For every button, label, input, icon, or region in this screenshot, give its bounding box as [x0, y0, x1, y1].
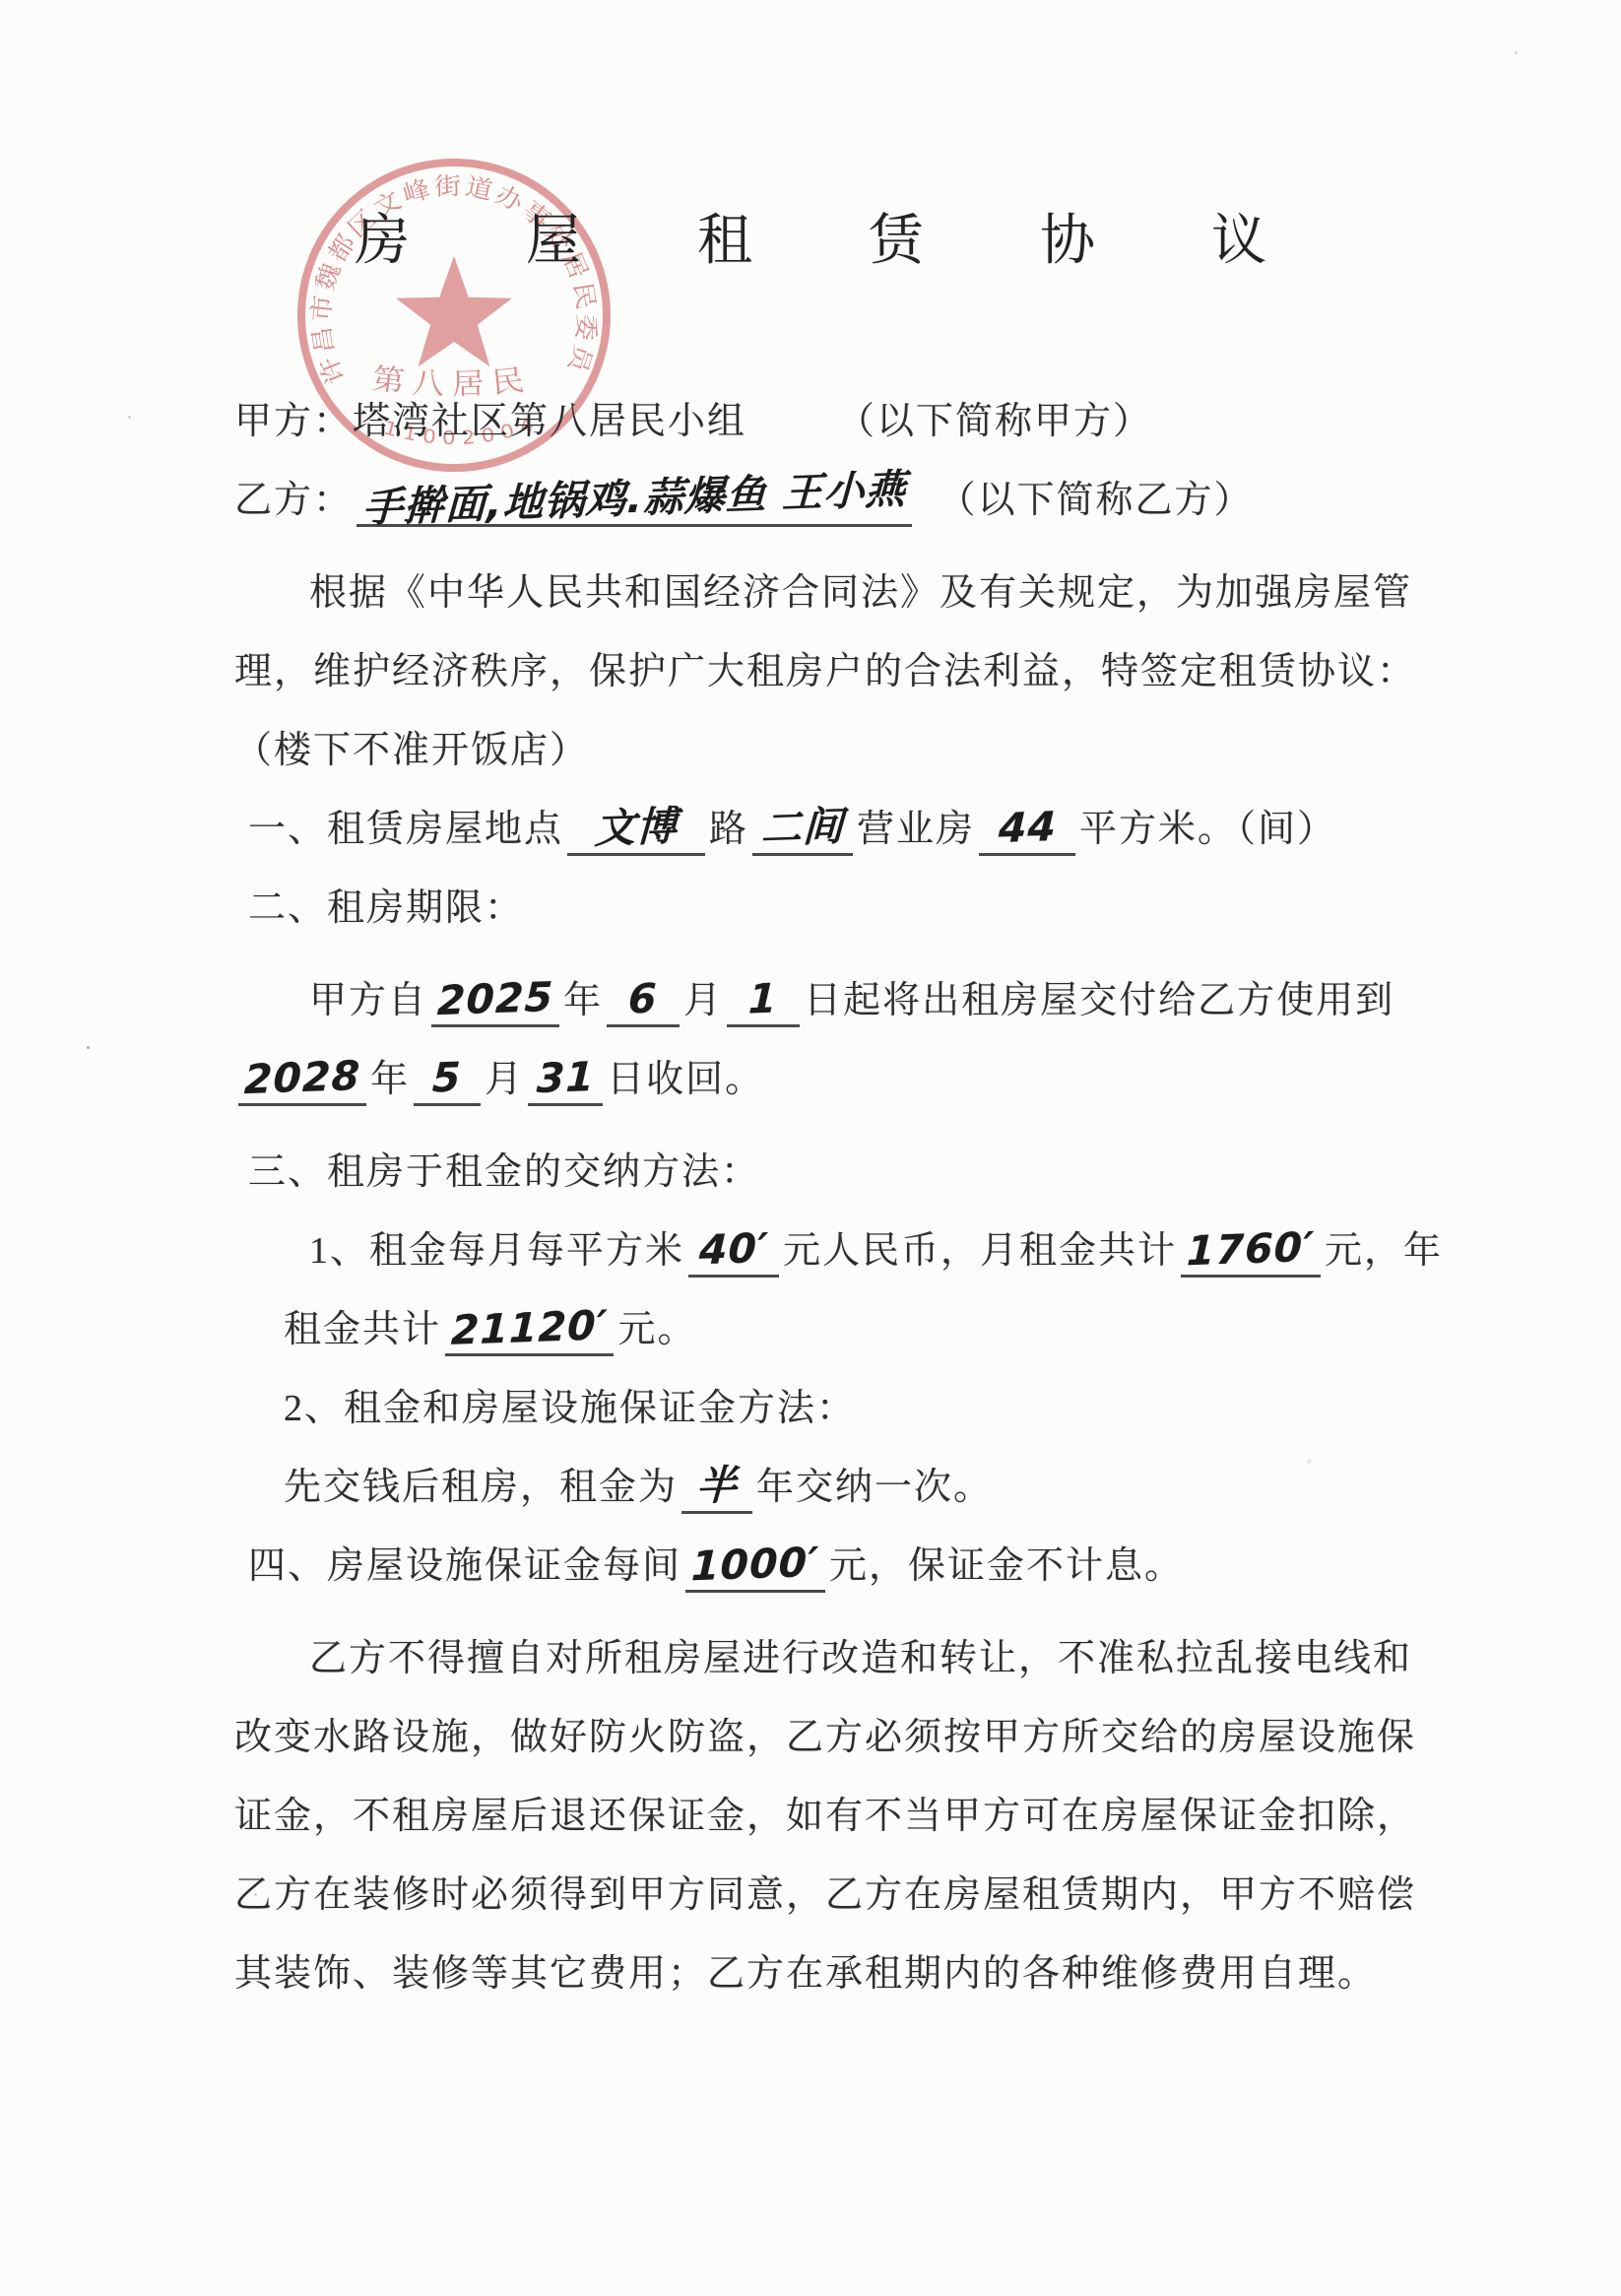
- printed-text: 年: [563, 980, 603, 1021]
- handwritten-entry: 21120′: [450, 1302, 609, 1353]
- document-line: 2028年5月31日收回。: [234, 1040, 1456, 1119]
- blank-underline: 44: [979, 805, 1075, 856]
- printed-text: （楼下不准开饭店）: [234, 730, 589, 771]
- blank-underline: 6: [607, 976, 680, 1027]
- document-line: 其装饰、装修等其它费用；乙方在承租期内的各种维修费用自理。: [234, 1935, 1456, 2013]
- printed-text: 乙方：: [234, 480, 353, 521]
- blank-underline: 31: [528, 1055, 603, 1106]
- handwritten-entry: 文博: [594, 803, 679, 851]
- document-line: 根据《中华人民共和国经济合同法》及有关规定，为加强房屋管: [234, 554, 1456, 632]
- printed-text: 月: [485, 1059, 524, 1100]
- document-body: 甲方：塔湾社区第八居民小组（以下简称甲方）乙方：手擀面,地锅鸡.蒜爆鱼 王小燕（…: [234, 382, 1456, 2013]
- document-line: 租金共计21120′元。: [234, 1290, 1456, 1369]
- document-line: 乙方在装修时必须得到甲方同意，乙方在房屋租赁期内，甲方不赔偿: [234, 1856, 1456, 1935]
- printed-text: 三、租房于租金的交纳方法：: [248, 1151, 760, 1193]
- printed-text: （以下简称乙方）: [938, 480, 1253, 521]
- blank-underline: 1000′: [685, 1542, 825, 1593]
- printed-text: 甲方自: [309, 980, 427, 1021]
- document-line: 三、租房于租金的交纳方法：: [234, 1133, 1456, 1212]
- document-line: 甲方：塔湾社区第八居民小组（以下简称甲方）: [234, 382, 1456, 461]
- handwritten-entry: 2025: [436, 974, 554, 1023]
- handwritten-entry: 1: [748, 975, 779, 1021]
- spacer: [916, 511, 938, 512]
- blank-underline: 40′: [688, 1226, 779, 1278]
- printed-text: 理，维护经济秩序，保护广大租房户的合法利益，特签定租赁协议：: [234, 651, 1416, 692]
- printed-text: 年交纳一次。: [756, 1467, 993, 1508]
- printed-text: 日收回。: [607, 1059, 764, 1100]
- document-line: 1、租金每月每平方米40′元人民币，月租金共计1760′元，年: [234, 1212, 1456, 1290]
- printed-text: 乙方在装修时必须得到甲方同意，乙方在房屋租赁期内，甲方不赔偿: [234, 1874, 1416, 1916]
- document-line: 2、租金和房屋设施保证金方法：: [234, 1369, 1456, 1448]
- spacer: [746, 432, 837, 433]
- printed-text: 四、房屋设施保证金每间: [248, 1545, 681, 1587]
- blank-underline: 5: [414, 1055, 481, 1106]
- handwritten-entry: 1760′: [1186, 1224, 1315, 1275]
- printed-text: 根据《中华人民共和国经济合同法》及有关规定，为加强房屋管: [309, 572, 1412, 614]
- printed-text: 改变水路设施，做好防火防盗，乙方必须按甲方所交给的房屋设施保: [234, 1717, 1416, 1758]
- printed-text: 平方米。（间）: [1079, 809, 1336, 850]
- handwritten-entry: 二间: [760, 803, 845, 851]
- printed-text: 营业房: [857, 809, 975, 850]
- document-title: 房 屋 租 赁 协 议: [0, 197, 1621, 276]
- handwritten-entry: 2028: [243, 1053, 361, 1102]
- printed-text: 元，年: [1325, 1230, 1443, 1272]
- blank-underline: 1760′: [1181, 1226, 1321, 1278]
- blank-underline: 文博: [567, 805, 705, 856]
- printed-text: 元，保证金不计息。: [829, 1545, 1184, 1587]
- blank-underline: 半: [681, 1463, 752, 1514]
- document-line: 乙方：手擀面,地锅鸡.蒜爆鱼 王小燕（以下简称乙方）: [234, 461, 1456, 540]
- printed-text: 1、租金每月每平方米: [309, 1230, 684, 1272]
- document-line: 改变水路设施，做好防火防盗，乙方必须按甲方所交给的房屋设施保: [234, 1698, 1456, 1777]
- handwritten-entry: 5: [432, 1054, 463, 1100]
- document-line: 甲方自2025年6月1日起将出租房屋交付给乙方使用到: [234, 961, 1456, 1040]
- printed-text: 一、租赁房屋地点: [248, 809, 563, 850]
- printed-text: 证金，不租房屋后退还保证金，如有不当甲方可在房屋保证金扣除，: [234, 1796, 1416, 1837]
- blank-underline: 1: [727, 976, 800, 1027]
- handwritten-entry: 半: [695, 1462, 739, 1509]
- document-line: 证金，不租房屋后退还保证金，如有不当甲方可在房屋保证金扣除，: [234, 1777, 1456, 1856]
- document-line: 四、房屋设施保证金每间1000′元，保证金不计息。: [234, 1527, 1456, 1606]
- printed-text: 年: [370, 1059, 410, 1100]
- printed-text: 2、租金和房屋设施保证金方法：: [284, 1388, 856, 1429]
- blank-underline: 二间: [752, 805, 853, 856]
- document-line: 乙方不得擅自对所租房屋进行改造和转让，不准私拉乱接电线和: [234, 1619, 1456, 1698]
- handwritten-entry: 1000′: [690, 1540, 819, 1590]
- blank-underline: 21120′: [445, 1305, 614, 1356]
- document-line: 二、租房期限：: [234, 869, 1456, 948]
- blank-underline: 2025: [431, 976, 559, 1027]
- printed-text: 二、租房期限：: [248, 887, 524, 929]
- scanned-rental-agreement-page: 许昌市魏都区文峰街道办事处居民委员会 第八居民小组 1100200488 房 屋…: [0, 0, 1621, 2296]
- printed-text: 元。: [617, 1309, 696, 1350]
- printed-text: 租金共计: [284, 1309, 441, 1350]
- printed-text: 甲方：塔湾社区第八居民小组: [234, 401, 746, 442]
- printed-text: 元人民币，月租金共计: [783, 1230, 1177, 1272]
- handwritten-entry: 手擀面,地锅鸡.蒜爆鱼 王小燕: [361, 466, 907, 530]
- document-line: 一、租赁房屋地点文博路二间营业房44平方米。（间）: [234, 790, 1456, 869]
- document-line: （楼下不准开饭店）: [234, 711, 1456, 790]
- document-line: 先交钱后租房，租金为半年交纳一次。: [234, 1448, 1456, 1527]
- printed-text: 日起将出租房屋交付给乙方使用到: [804, 980, 1394, 1021]
- blank-underline: 2028: [238, 1055, 366, 1106]
- handwritten-entry: 31: [536, 1054, 596, 1101]
- printed-text: 路: [709, 809, 748, 850]
- handwritten-entry: 6: [628, 975, 659, 1021]
- printed-text: 先交钱后租房，租金为: [284, 1467, 678, 1508]
- blank-underline: 手擀面,地锅鸡.蒜爆鱼 王小燕: [357, 476, 912, 527]
- handwritten-entry: 40′: [698, 1225, 769, 1274]
- printed-text: 乙方不得擅自对所租房屋进行改造和转让，不准私拉乱接电线和: [309, 1638, 1412, 1679]
- printed-text: （以下简称甲方）: [837, 401, 1152, 442]
- handwritten-entry: 44: [998, 804, 1058, 851]
- printed-text: 月: [683, 980, 723, 1021]
- document-line: 理，维护经济秩序，保护广大租房户的合法利益，特签定租赁协议：: [234, 632, 1456, 711]
- scan-speck-dots: [87, 1046, 90, 1049]
- printed-text: 其装饰、装修等其它费用；乙方在承租期内的各种维修费用自理。: [234, 1953, 1377, 1995]
